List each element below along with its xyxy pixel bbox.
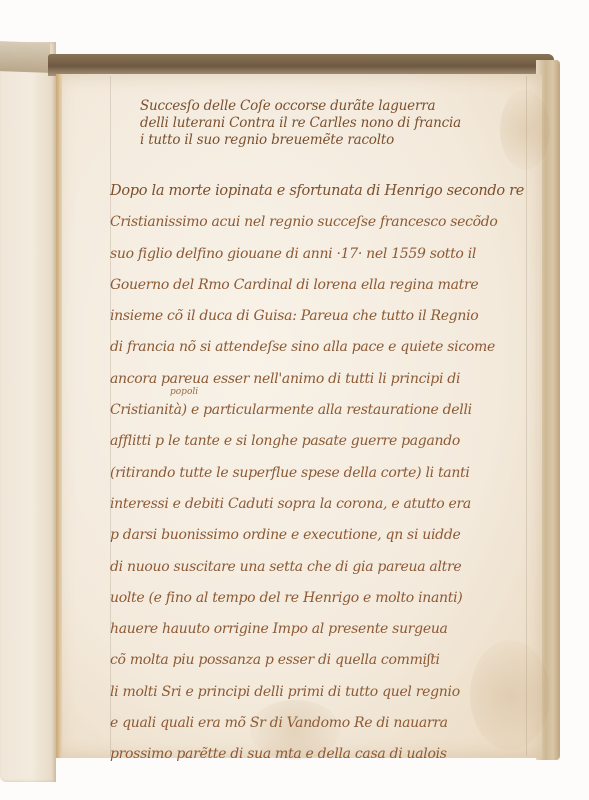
- body-line: insieme cõ il duca di Guisa: Pareua che …: [110, 301, 540, 332]
- body-line: uolte (e fino al tempo del re Henrigo e …: [110, 583, 540, 614]
- body-line: Cristianità) e particularmente alla rest…: [110, 395, 540, 426]
- book-cover-top-fold: [0, 41, 50, 73]
- binding-gutter: [56, 74, 62, 758]
- body-line: ancora pareua esser nell'animo di tutti …: [110, 364, 540, 395]
- body-line: hauere hauuto orrigine Impo al presente …: [110, 614, 540, 645]
- body-line: Dopo la morte iopinata e sfortunata di H…: [110, 176, 540, 207]
- book-cover-left: [0, 42, 56, 782]
- body-line: e quali quali era mõ Sr di Vandomo Re di…: [110, 708, 540, 739]
- body-line: p darsi buonissimo ordine e executione, …: [110, 520, 540, 551]
- body-line: cõ molta piu possanza p esser di quella …: [110, 645, 540, 676]
- body-line: Gouerno del Rmo Cardinal di lorena ella …: [110, 270, 540, 301]
- manuscript-heading: Succesſo delle Coſe occorse durãte lague…: [140, 98, 520, 149]
- heading-line: i tutto il suo regnio breuemẽte racolto: [140, 132, 520, 149]
- body-line: (ritirando tutte le superflue spese dell…: [110, 458, 540, 489]
- book-top-edge: [48, 54, 554, 76]
- body-line: Cristianissimo acui nel regnio succeſse …: [110, 207, 540, 238]
- heading-line: delli luterani Contra il re Carlles nono…: [140, 115, 520, 132]
- heading-line: Succesſo delle Coſe occorse durãte lague…: [140, 98, 520, 115]
- body-line: di nuouo suscitare una setta che di gia …: [110, 552, 540, 583]
- body-line: afflitti p le tante e si longhe pasate g…: [110, 426, 540, 457]
- body-line: di francia nõ si attendeſse sino alla pa…: [110, 332, 540, 363]
- body-line: li molti Sri e principi delli primi di t…: [110, 677, 540, 708]
- body-line: suo figlio delfino giouane di anni ·17· …: [110, 239, 540, 270]
- body-line: prossimo parẽtte di sua mta e della casa…: [110, 739, 540, 770]
- body-line: interessi e debiti Caduti sopra la coron…: [110, 489, 540, 520]
- manuscript-body: Dopo la morte iopinata e sfortunata di H…: [110, 176, 540, 771]
